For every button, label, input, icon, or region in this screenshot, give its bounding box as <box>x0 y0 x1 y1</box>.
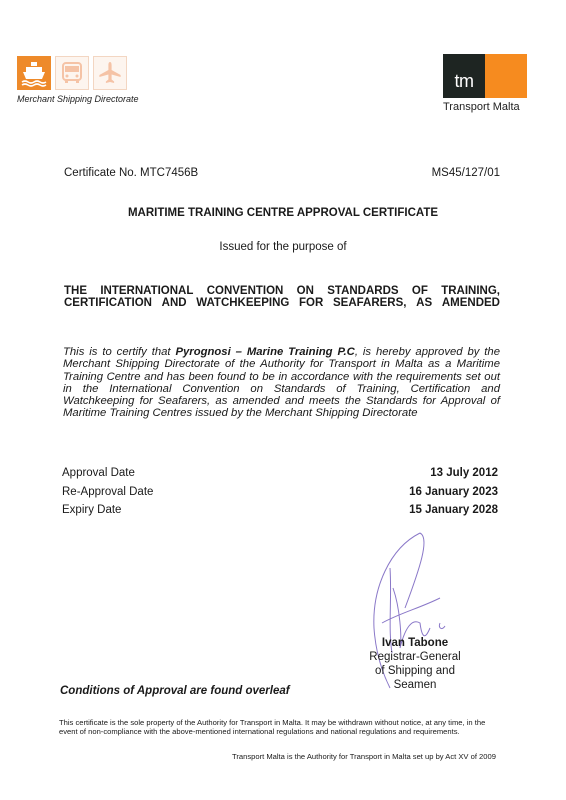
date-row-reapproval: Re-Approval Date 16 January 2023 <box>62 486 498 505</box>
word: INTERNATIONAL <box>100 285 193 297</box>
logo-orange-block <box>485 54 527 98</box>
word: SEAFARERS, <box>333 297 407 309</box>
conditions-note: Conditions of Approval are found overlea… <box>60 685 290 697</box>
certificate-title: MARITIME TRAINING CENTRE APPROVAL CERTIF… <box>0 207 566 219</box>
date-value: 15 January 2028 <box>409 504 498 523</box>
date-label: Expiry Date <box>62 504 121 523</box>
word: OF <box>412 285 428 297</box>
signatory-block: Ivan Tabone Registrar-General of Shippin… <box>355 636 475 692</box>
convention-title: THE INTERNATIONAL CONVENTION ON STANDARD… <box>64 285 500 309</box>
statement-prefix: This is to certify that <box>63 346 175 358</box>
bus-icon <box>55 56 89 90</box>
ship-icon <box>17 56 51 90</box>
word: CONVENTION <box>207 285 284 297</box>
logo-mark: tm <box>443 54 485 98</box>
convention-line-1: THE INTERNATIONAL CONVENTION ON STANDARD… <box>64 285 500 297</box>
date-value: 13 July 2012 <box>430 467 498 486</box>
word: THE <box>64 285 87 297</box>
transport-mode-icons <box>17 56 127 90</box>
word: WATCHKEEPING <box>196 297 289 309</box>
reference-number: MS45/127/01 <box>432 167 500 179</box>
transport-malta-logo: tm <box>443 54 527 98</box>
word: STANDARDS <box>327 285 398 297</box>
plane-icon <box>93 56 127 90</box>
signatory-title-line-1: Registrar-General <box>355 650 475 664</box>
word: AS <box>416 297 432 309</box>
directorate-label: Merchant Shipping Directorate <box>17 94 139 104</box>
word: TRAINING, <box>441 285 500 297</box>
footer-note: Transport Malta is the Authority for Tra… <box>232 752 496 761</box>
word: AMENDED <box>442 297 500 309</box>
certification-statement: This is to certify that Pyrognosi – Mari… <box>63 346 500 420</box>
signatory-title-line-2: of Shipping and Seamen <box>355 664 475 692</box>
dates-table: Approval Date 13 July 2012 Re-Approval D… <box>62 467 498 523</box>
word: FOR <box>299 297 323 309</box>
convention-line-2: CERTIFICATION AND WATCHKEEPING FOR SEAFA… <box>64 297 500 309</box>
word: CERTIFICATION <box>64 297 152 309</box>
date-row-expiry: Expiry Date 15 January 2028 <box>62 504 498 523</box>
date-label: Approval Date <box>62 467 135 486</box>
certificate-number: Certificate No. MTC7456B <box>64 167 198 179</box>
training-centre-name: Pyrognosi – Marine Training P.C <box>175 346 354 358</box>
logo-name: Transport Malta <box>443 101 520 113</box>
property-notice: This certificate is the sole property of… <box>59 718 504 736</box>
word: ON <box>297 285 314 297</box>
issued-for-label: Issued for the purpose of <box>0 241 566 253</box>
date-label: Re-Approval Date <box>62 486 153 505</box>
date-row-approval: Approval Date 13 July 2012 <box>62 467 498 486</box>
word: AND <box>162 297 187 309</box>
signatory-name: Ivan Tabone <box>355 636 475 650</box>
date-value: 16 January 2023 <box>409 486 498 505</box>
